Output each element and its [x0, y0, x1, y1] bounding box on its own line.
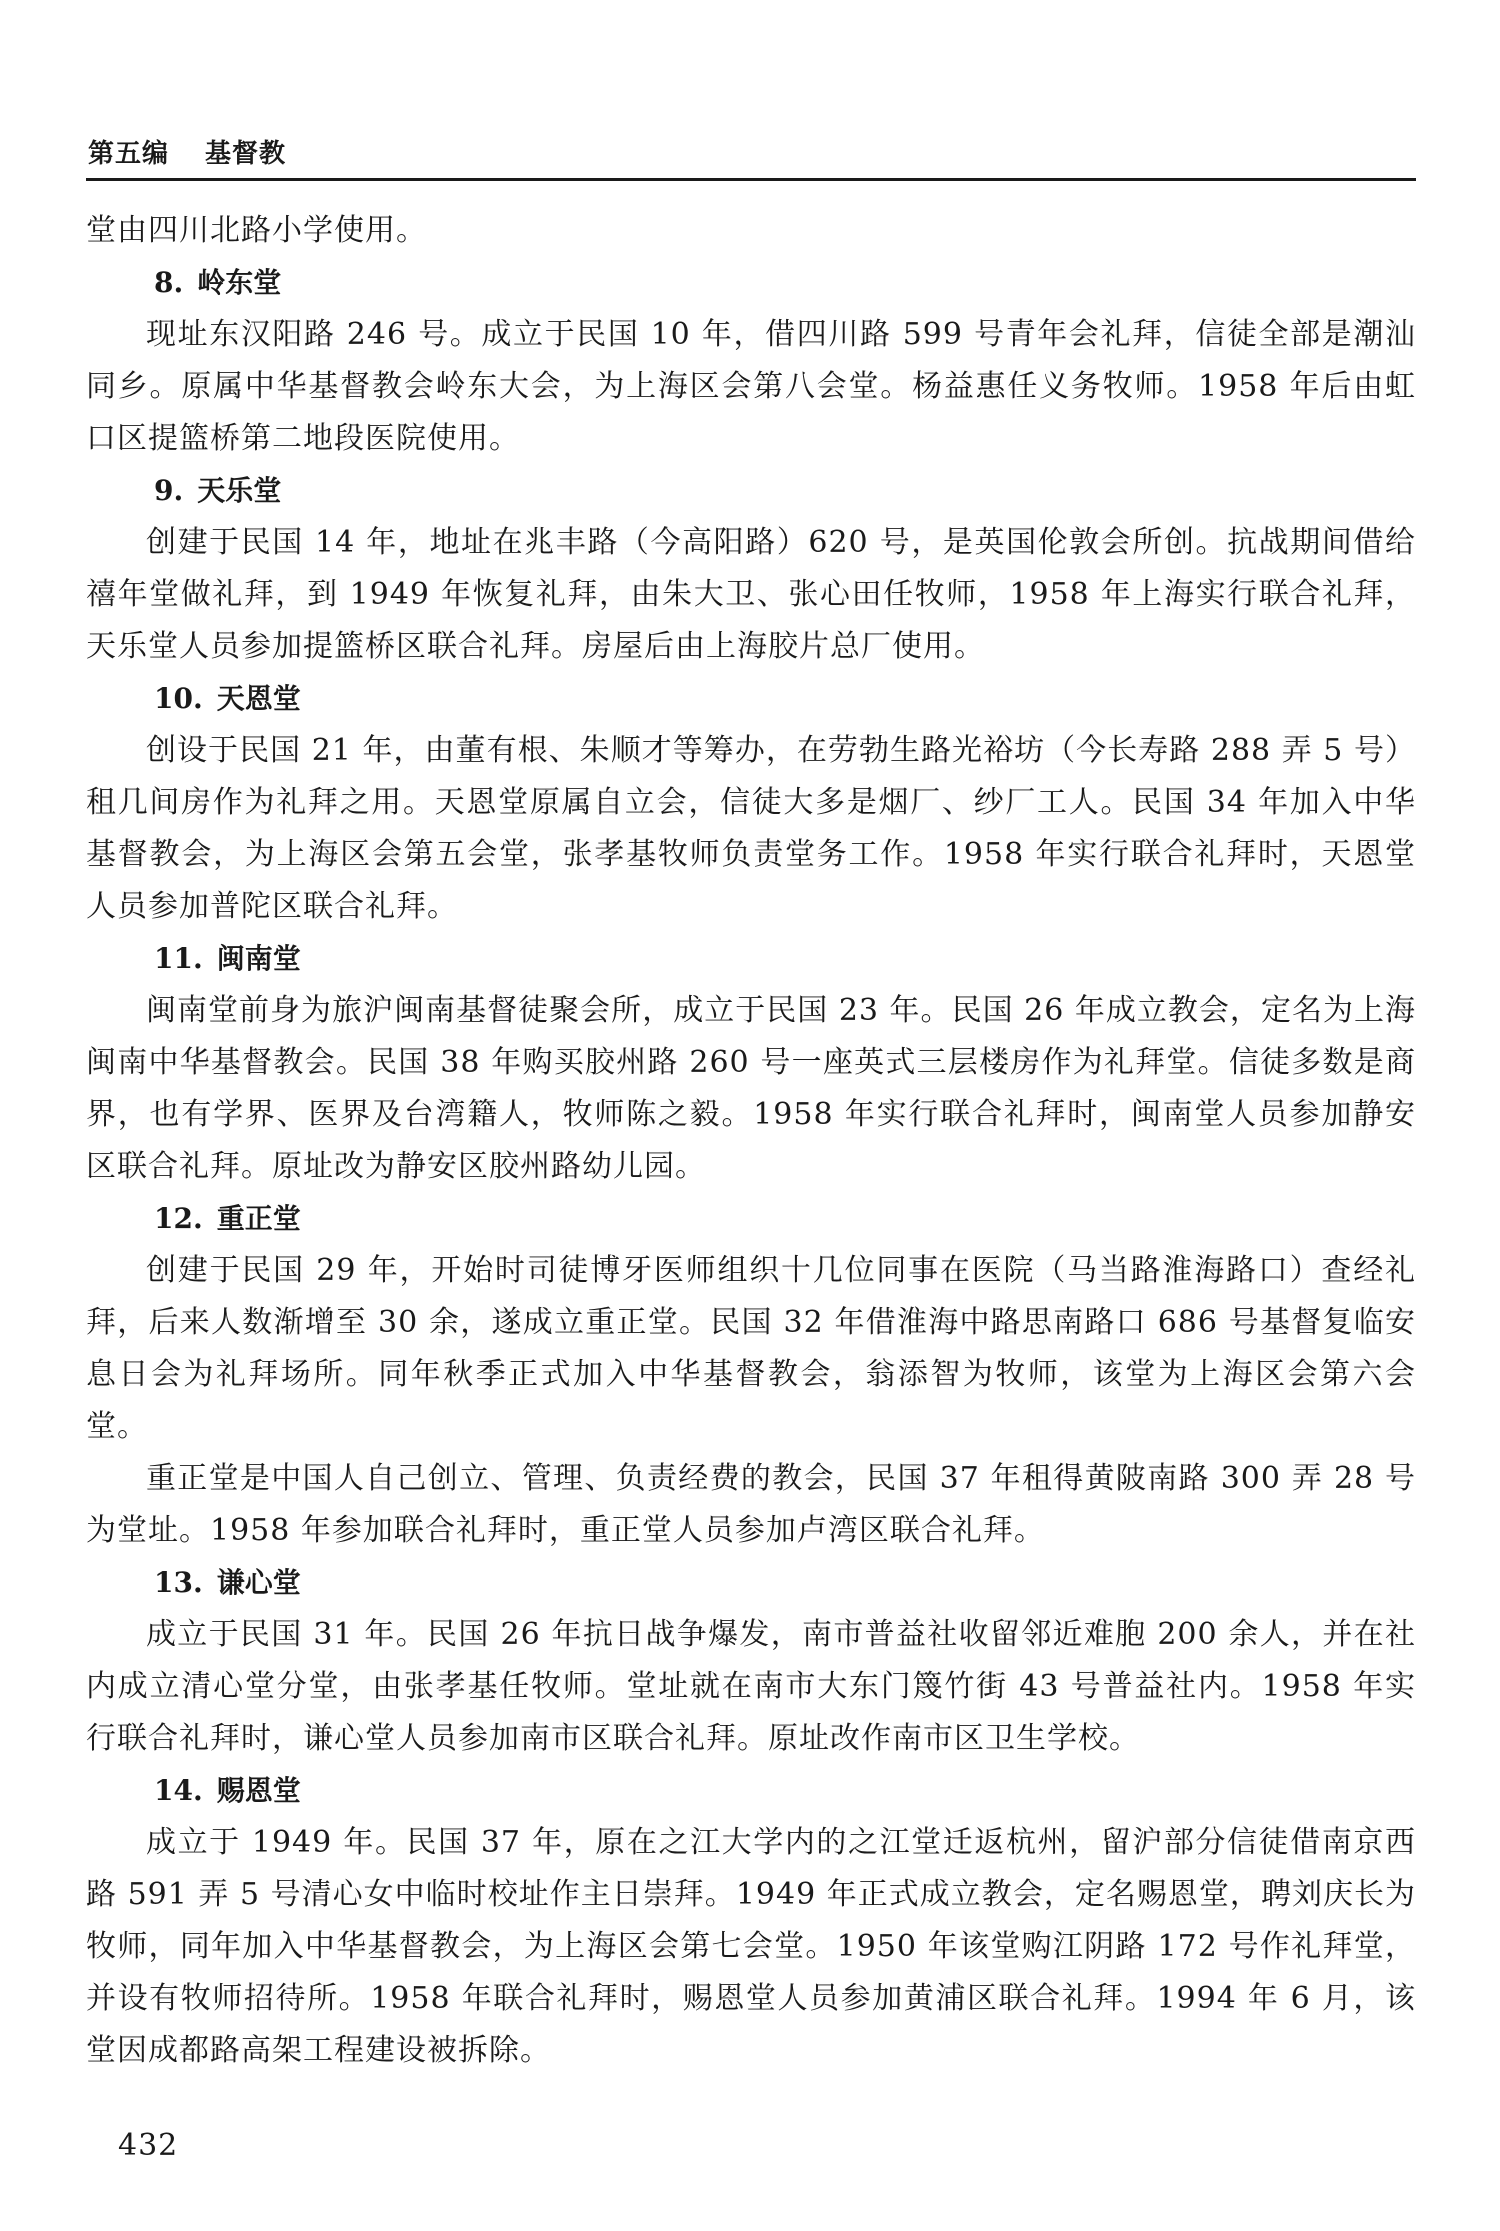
page-body: 堂由四川北路小学使用。 8.岭东堂 现址东汉阳路 246 号。成立于民国 10 …	[86, 205, 1416, 2077]
section-9: 9.天乐堂 创建于民国 14 年，地址在兆丰路（今高阳路）620 号，是英国伦敦…	[86, 465, 1416, 673]
section-heading: 10.天恩堂	[86, 673, 1416, 725]
section-heading: 13.谦心堂	[86, 1557, 1416, 1609]
paragraph: 创建于民国 14 年，地址在兆丰路（今高阳路）620 号，是英国伦敦会所创。抗战…	[86, 517, 1416, 673]
section-heading: 8.岭东堂	[86, 257, 1416, 309]
section-13: 13.谦心堂 成立于民国 31 年。民国 26 年抗日战争爆发，南市普益社收留邻…	[86, 1557, 1416, 1765]
paragraph: 创建于民国 29 年，开始时司徒博牙医师组织十几位同事在医院（马当路淮海路口）查…	[86, 1245, 1416, 1453]
section-heading: 9.天乐堂	[86, 465, 1416, 517]
document-page: 第五编基督教 堂由四川北路小学使用。 8.岭东堂 现址东汉阳路 246 号。成立…	[0, 0, 1500, 2231]
section-heading: 14.赐恩堂	[86, 1765, 1416, 1817]
paragraph: 成立于 1949 年。民国 37 年，原在之江大学内的之江堂迁返杭州，留沪部分信…	[86, 1817, 1416, 2077]
section-heading: 11.闽南堂	[86, 933, 1416, 985]
section-8: 8.岭东堂 现址东汉阳路 246 号。成立于民国 10 年，借四川路 599 号…	[86, 257, 1416, 465]
running-head-title: 基督教	[205, 139, 286, 169]
header-rule	[86, 178, 1416, 181]
page-number: 432	[118, 2128, 178, 2163]
continuation-paragraph: 堂由四川北路小学使用。	[86, 205, 1416, 257]
paragraph: 重正堂是中国人自己创立、管理、负责经费的教会，民国 37 年租得黄陂南路 300…	[86, 1453, 1416, 1557]
paragraph: 闽南堂前身为旅沪闽南基督徒聚会所，成立于民国 23 年。民国 26 年成立教会，…	[86, 985, 1416, 1193]
paragraph: 成立于民国 31 年。民国 26 年抗日战争爆发，南市普益社收留邻近难胞 200…	[86, 1609, 1416, 1765]
section-10: 10.天恩堂 创设于民国 21 年，由董有根、朱顺才等筹办，在劳勃生路光裕坊（今…	[86, 673, 1416, 933]
running-head: 第五编基督教	[88, 133, 286, 170]
running-head-part: 第五编	[88, 139, 169, 169]
paragraph: 现址东汉阳路 246 号。成立于民国 10 年，借四川路 599 号青年会礼拜，…	[86, 309, 1416, 465]
section-12: 12.重正堂 创建于民国 29 年，开始时司徒博牙医师组织十几位同事在医院（马当…	[86, 1193, 1416, 1557]
section-14: 14.赐恩堂 成立于 1949 年。民国 37 年，原在之江大学内的之江堂迁返杭…	[86, 1765, 1416, 2077]
section-heading: 12.重正堂	[86, 1193, 1416, 1245]
section-11: 11.闽南堂 闽南堂前身为旅沪闽南基督徒聚会所，成立于民国 23 年。民国 26…	[86, 933, 1416, 1193]
paragraph: 创设于民国 21 年，由董有根、朱顺才等筹办，在劳勃生路光裕坊（今长寿路 288…	[86, 725, 1416, 933]
